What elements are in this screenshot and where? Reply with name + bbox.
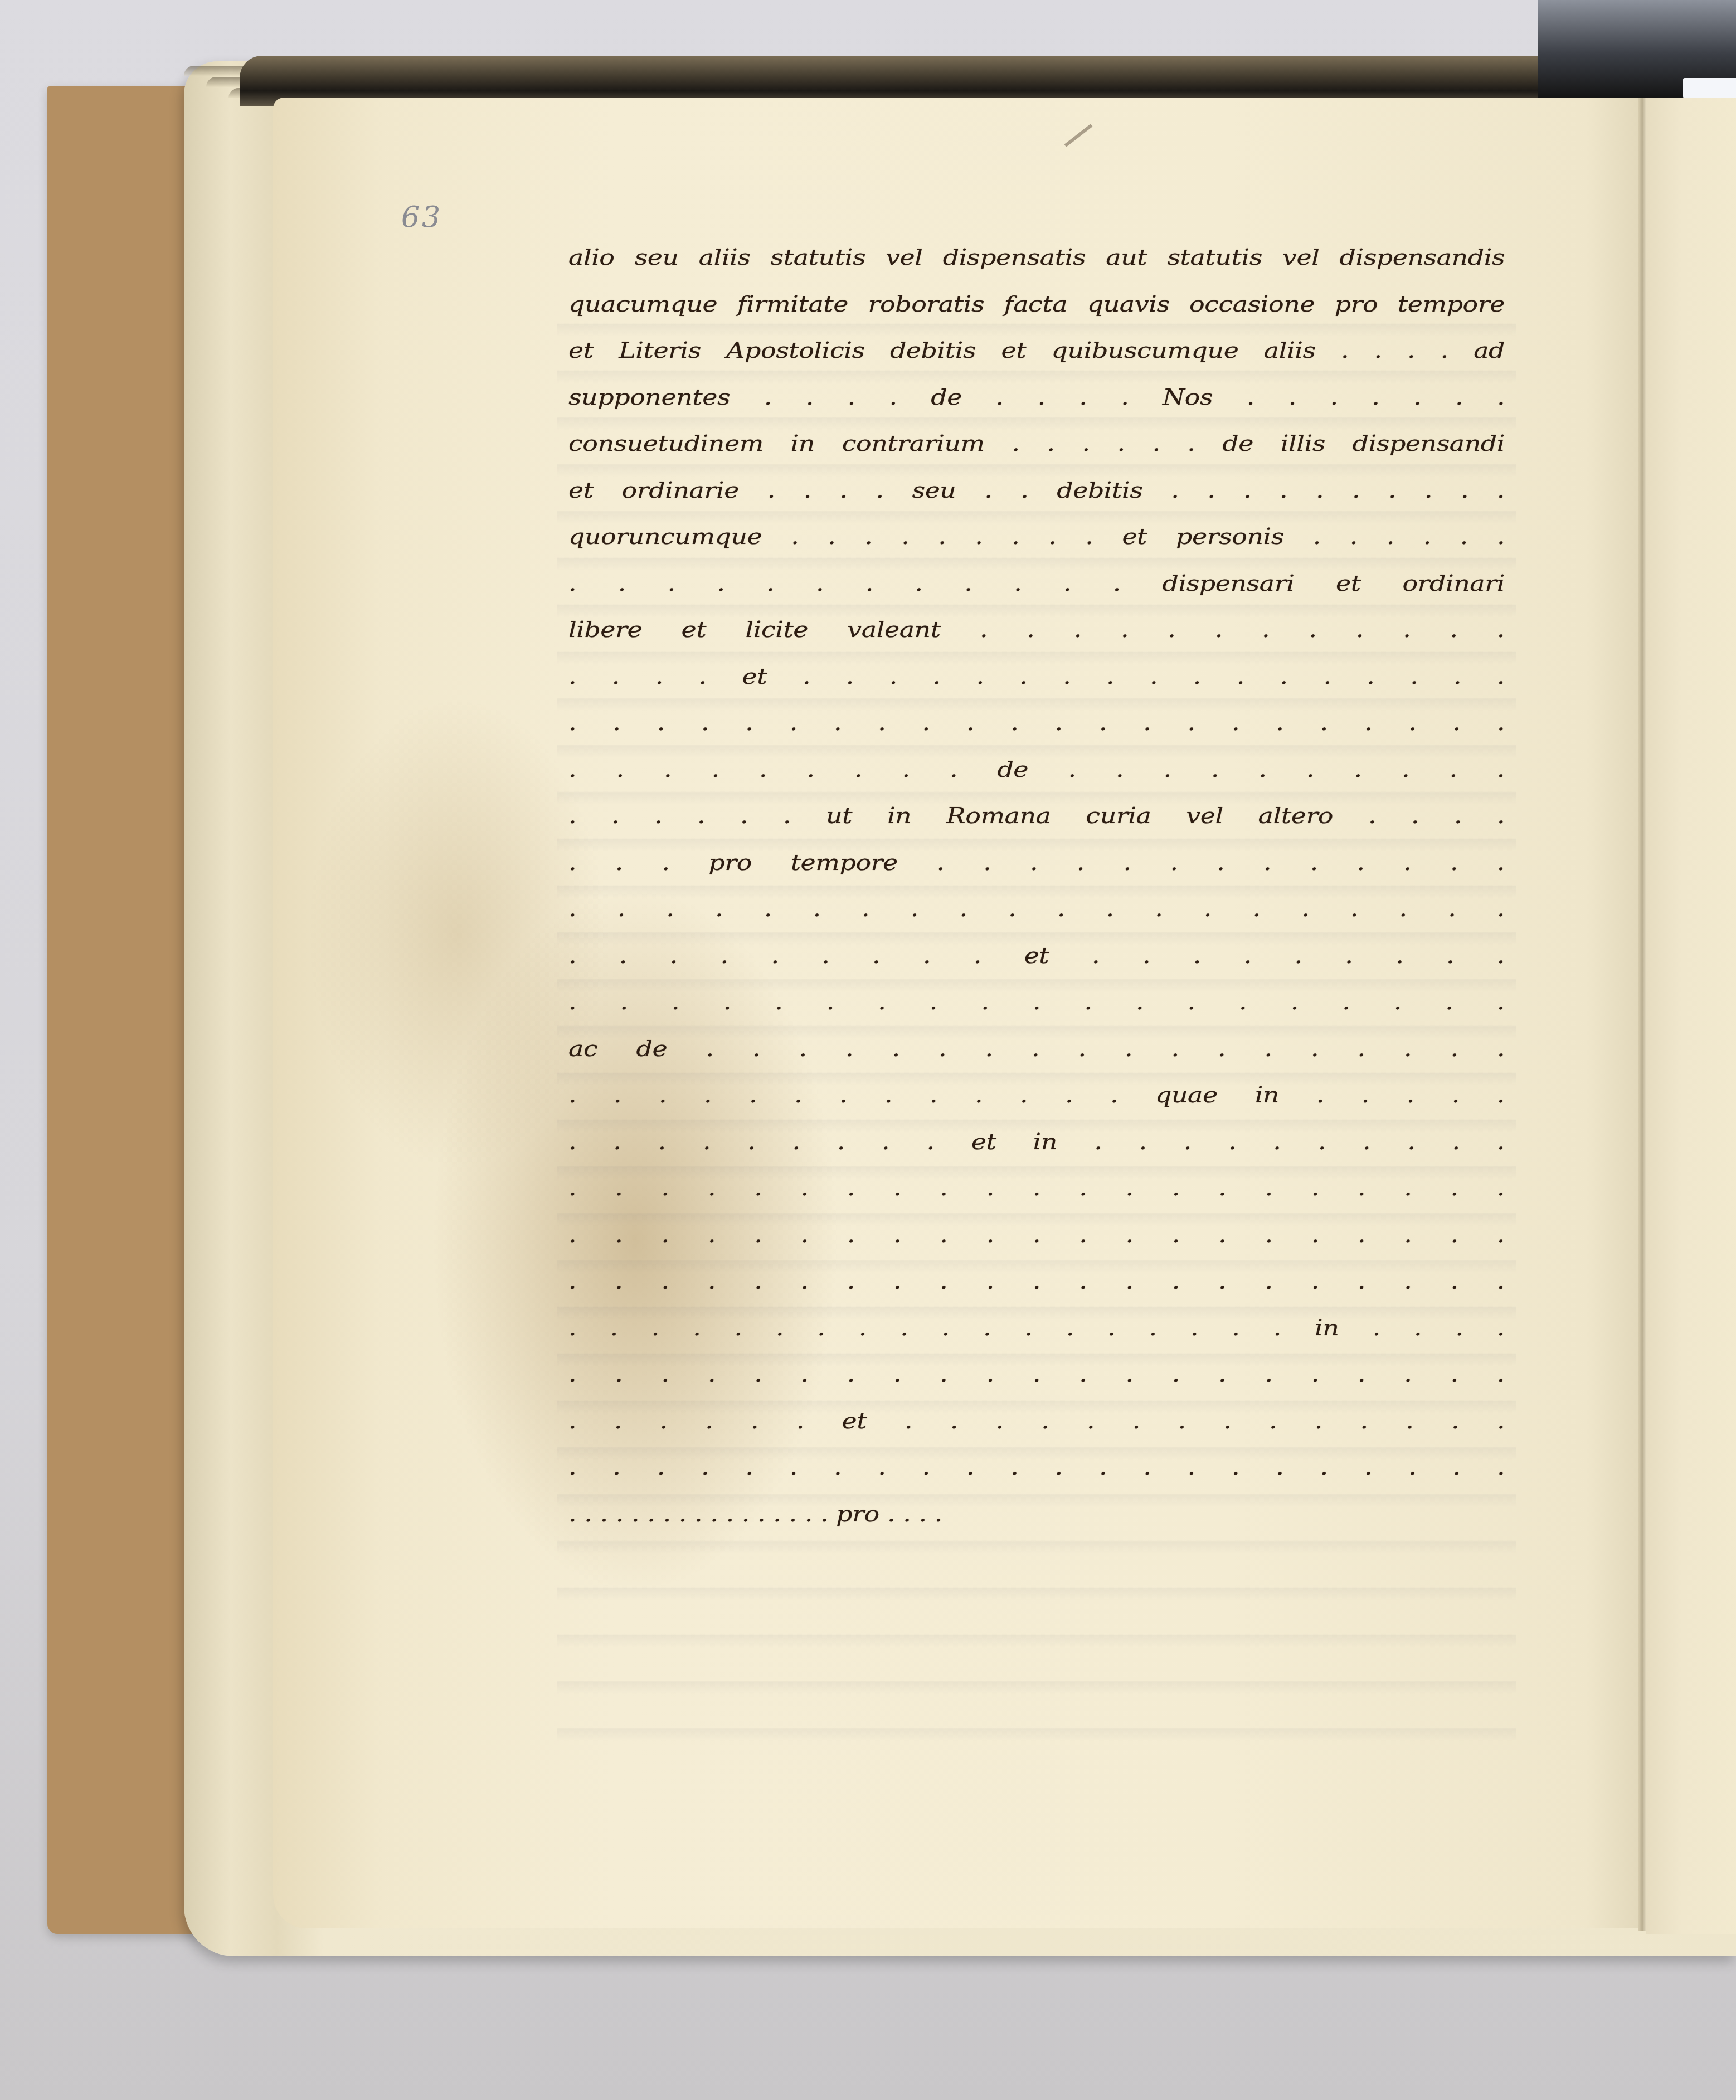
- facing-page: [1646, 98, 1736, 1934]
- text-line: . . . . . . . . . . . . . . . . . . . . …: [568, 1215, 1505, 1255]
- text-line: . . . . . . . . . . . . . . . . . . . . …: [568, 1447, 1505, 1487]
- gutter-fold: [1638, 98, 1646, 1931]
- text-line: . . . pro tempore . . . . . . . . . . . …: [568, 843, 1505, 882]
- text-line: quoruncumque . . . . . . . . . et person…: [568, 517, 1505, 556]
- scan-scene: 63 alio seu aliis statutis vel dispensat…: [0, 0, 1736, 2100]
- text-line: consuetudinem in contrarium . . . . . . …: [568, 424, 1505, 463]
- text-line: . . . . . . . . . . . . dispensari et or…: [568, 563, 1505, 603]
- text-line: . . . . . . ut in Romana curia vel alter…: [568, 796, 1505, 835]
- text-line: . . . . . . . . . . . . . . . . . . . . …: [568, 1168, 1505, 1208]
- text-line: libere et licite valeant . . . . . . . .…: [568, 610, 1505, 649]
- text-line: . . . . . . et . . . . . . . . . . . . .…: [568, 1401, 1505, 1441]
- text-line: et Literis Apostolicis debitis et quibus…: [568, 330, 1505, 370]
- manuscript-text-block: alio seu aliis statutis vel dispensatis …: [568, 234, 1505, 1537]
- text-line: . . . . . . . . . . . . . . . . . . . . …: [568, 1354, 1505, 1394]
- text-line: et ordinarie . . . . seu . . debitis . .…: [568, 470, 1505, 510]
- text-line: . . . . . . . . . . . . . . . . . . . . …: [568, 703, 1505, 742]
- text-line: . . . . . . . . . et . . . . . . . . .: [568, 936, 1505, 975]
- text-line: . . . . . . . . . . . . . . . . . . . . …: [568, 1261, 1505, 1301]
- text-line: . . . . et . . . . . . . . . . . . . . .…: [568, 657, 1505, 696]
- text-line: . . . . . . . . . . . . . . . . . . .: [568, 982, 1505, 1022]
- text-line: alio seu aliis statutis vel dispensatis …: [568, 237, 1505, 277]
- text-line: . . . . . . . . . . . . . quae in . . . …: [568, 1075, 1505, 1115]
- text-line: . . . . . . . . . et in . . . . . . . . …: [568, 1122, 1505, 1161]
- text-line: . . . . . . . . . . . . . . . . . . in .…: [568, 1308, 1505, 1348]
- text-line: supponentes . . . . de . . . . Nos . . .…: [568, 377, 1505, 417]
- text-line: ac de . . . . . . . . . . . . . . . . . …: [568, 1029, 1505, 1068]
- tab-marker: [1683, 78, 1736, 98]
- folio-number: 63: [401, 201, 442, 234]
- text-line: quacumque firmitate roboratis facta quav…: [568, 284, 1505, 324]
- text-line: . . . . . . . . . . . . . . . . . . . .: [568, 889, 1505, 929]
- text-line: . . . . . . . . . de . . . . . . . . . .: [568, 750, 1505, 789]
- text-line: . . . . . . . . . . . . . . . . . pro . …: [568, 1494, 1505, 1534]
